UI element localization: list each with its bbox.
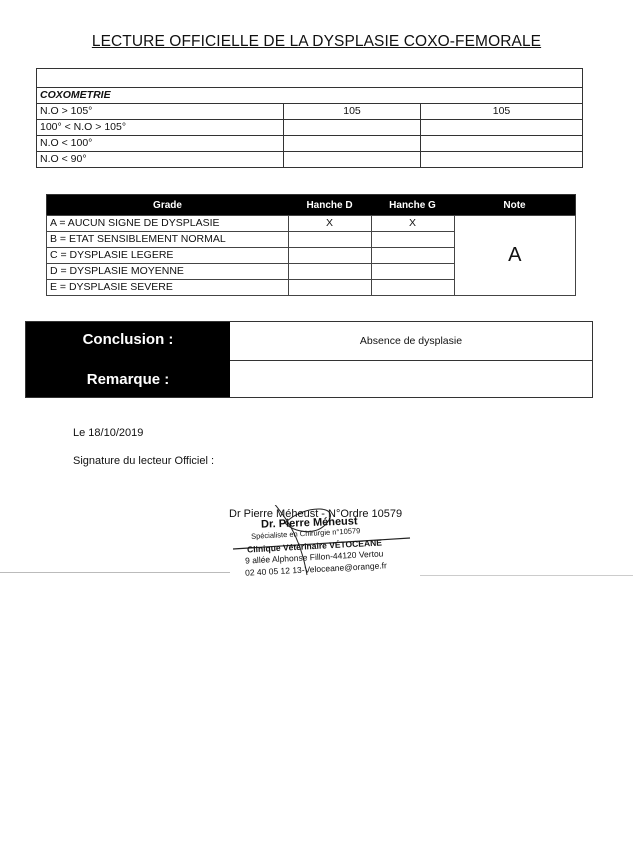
row-label: N.O < 90°: [37, 152, 284, 168]
note-value: A: [454, 216, 576, 296]
table-row: 100° < N.O > 105°: [37, 120, 583, 136]
scan-artifact-line: [0, 572, 230, 573]
grade-label: D = DYSPLASIE MOYENNE: [47, 264, 289, 280]
table-row: N.O < 100°: [37, 136, 583, 152]
signature-label: Signature du lecteur Officiel :: [73, 455, 214, 467]
hanche-g-mark: [371, 248, 454, 264]
remarque-value-cell: [230, 361, 592, 397]
hanche-g-mark: [371, 232, 454, 248]
right-hip-value: [284, 120, 421, 136]
row-label: N.O > 105°: [37, 104, 284, 120]
right-hip-value: [284, 136, 421, 152]
header-note: Note: [454, 195, 576, 216]
grade-label: B = ETAT SENSIBLEMENT NORMAL: [47, 232, 289, 248]
coxometrie-table: COXOMETRIE N.O > 105° 105 105 100° < N.O…: [36, 68, 583, 168]
conclusion-value: Absence de dysplasie: [230, 322, 592, 360]
header-hanche-g: Hanche G: [371, 195, 454, 216]
row-label: 100° < N.O > 105°: [37, 120, 284, 136]
left-hip-value: [421, 136, 583, 152]
date-line: Le 18/10/2019: [73, 427, 143, 439]
right-hip-value: [284, 152, 421, 168]
left-hip-value: [421, 152, 583, 168]
grade-label: C = DYSPLASIE LEGERE: [47, 248, 289, 264]
scan-artifact-line: [420, 575, 633, 576]
grade-label: A = AUCUN SIGNE DE DYSPLASIE: [47, 216, 289, 232]
hanche-d-mark: [288, 232, 371, 248]
grade-table: Grade Hanche D Hanche G Note A = AUCUN S…: [46, 194, 576, 296]
table-row: N.O > 105° 105 105: [37, 104, 583, 120]
grade-label: E = DYSPLASIE SEVERE: [47, 280, 289, 296]
table-row: A = AUCUN SIGNE DE DYSPLASIE X X A: [47, 216, 576, 232]
hanche-d-mark: [288, 264, 371, 280]
veterinary-stamp: Dr Pierre Méheust - N°Ordre 10579 Dr. Pi…: [225, 505, 425, 595]
left-hip-value: [421, 120, 583, 136]
conclusion-label: Conclusion :: [26, 331, 230, 348]
grade-header-row: Grade Hanche D Hanche G Note: [47, 195, 576, 216]
document-title: LECTURE OFFICIELLE DE LA DYSPLASIE COXO-…: [0, 33, 633, 51]
hanche-d-mark: [288, 248, 371, 264]
empty-header-row: [37, 69, 583, 88]
hanche-g-mark: [371, 280, 454, 296]
table-row: N.O < 90°: [37, 152, 583, 168]
row-label: N.O < 100°: [37, 136, 284, 152]
conclusion-box: Conclusion : Remarque : Absence de dyspl…: [25, 321, 593, 398]
hanche-d-mark: [288, 280, 371, 296]
hanche-g-mark: X: [371, 216, 454, 232]
remarque-label: Remarque :: [26, 371, 230, 388]
right-hip-value: 105: [284, 104, 421, 120]
header-grade: Grade: [47, 195, 289, 216]
coxometrie-section-label: COXOMETRIE: [37, 88, 583, 104]
header-hanche-d: Hanche D: [288, 195, 371, 216]
hanche-g-mark: [371, 264, 454, 280]
hanche-d-mark: X: [288, 216, 371, 232]
left-hip-value: 105: [421, 104, 583, 120]
conclusion-value-cell: Absence de dysplasie: [230, 322, 592, 361]
